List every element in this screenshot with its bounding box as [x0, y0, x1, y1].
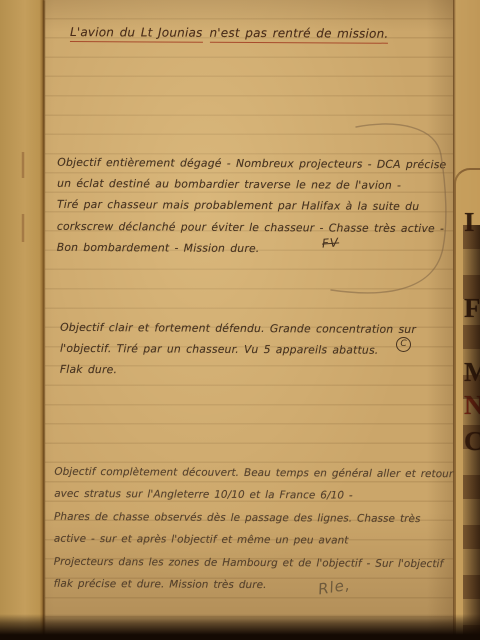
handwritten-line: flak précise et dure. Mission très dure. — [54, 573, 456, 598]
mission-note-3: Objectif complètement découvert. Beau te… — [54, 461, 457, 598]
gutter-crease-line — [43, 0, 45, 640]
mission-note-1: Objectif entièrement dégagé - Nombreux p… — [57, 152, 453, 260]
handwritten-line: Flak dure. — [60, 359, 450, 383]
mission-note-2: Objectif clair et fortement défendu. Gra… — [60, 317, 450, 383]
entry-title: L'avion du Lt Jouniasn'est pas rentré de… — [70, 25, 430, 41]
handwritten-line: Objectif complètement découvert. Beau te… — [54, 461, 456, 486]
photo-bottom-edge — [0, 614, 480, 640]
paragraph1-end-mark: FV — [322, 235, 340, 250]
handwritten-line: Projecteurs dans les zones de Hambourg e… — [54, 550, 456, 575]
paragraph2-circled-mark: C — [396, 337, 411, 352]
handwritten-line: active - sur et après l'objectif et même… — [54, 528, 456, 553]
handwritten-line: Bon bombardement - Mission dure. — [57, 237, 452, 261]
title-underlined-part2: n'est pas rentré de mission. — [209, 26, 388, 44]
handwritten-line: Tiré par chasseur mais probablement par … — [57, 194, 452, 218]
handwritten-line: Phares de chasse observés dès le passage… — [54, 506, 456, 531]
handwritten-line: corkscrew déclanché pour éviter le chass… — [57, 215, 452, 239]
notebook-photo: I F M N C L'avion du Lt Jouniasn'est pas… — [0, 0, 480, 640]
handwritten-line: l'objectif. Tiré par un chasseur. Vu 5 a… — [60, 338, 450, 362]
page-edge-shadow-mottling — [463, 225, 480, 640]
handwritten-line: un éclat destiné au bombardier traverse … — [57, 173, 452, 197]
title-underlined-part1: L'avion du Lt Jounias — [70, 25, 203, 43]
handwritten-line: Objectif clair et fortement défendu. Gra… — [60, 317, 450, 341]
handwritten-line: avec stratus sur l'Angleterre 10/10 et l… — [54, 483, 456, 508]
handwritten-line: Objectif entièrement dégagé - Nombreux p… — [57, 152, 452, 176]
page-gutter-fold — [0, 0, 45, 640]
